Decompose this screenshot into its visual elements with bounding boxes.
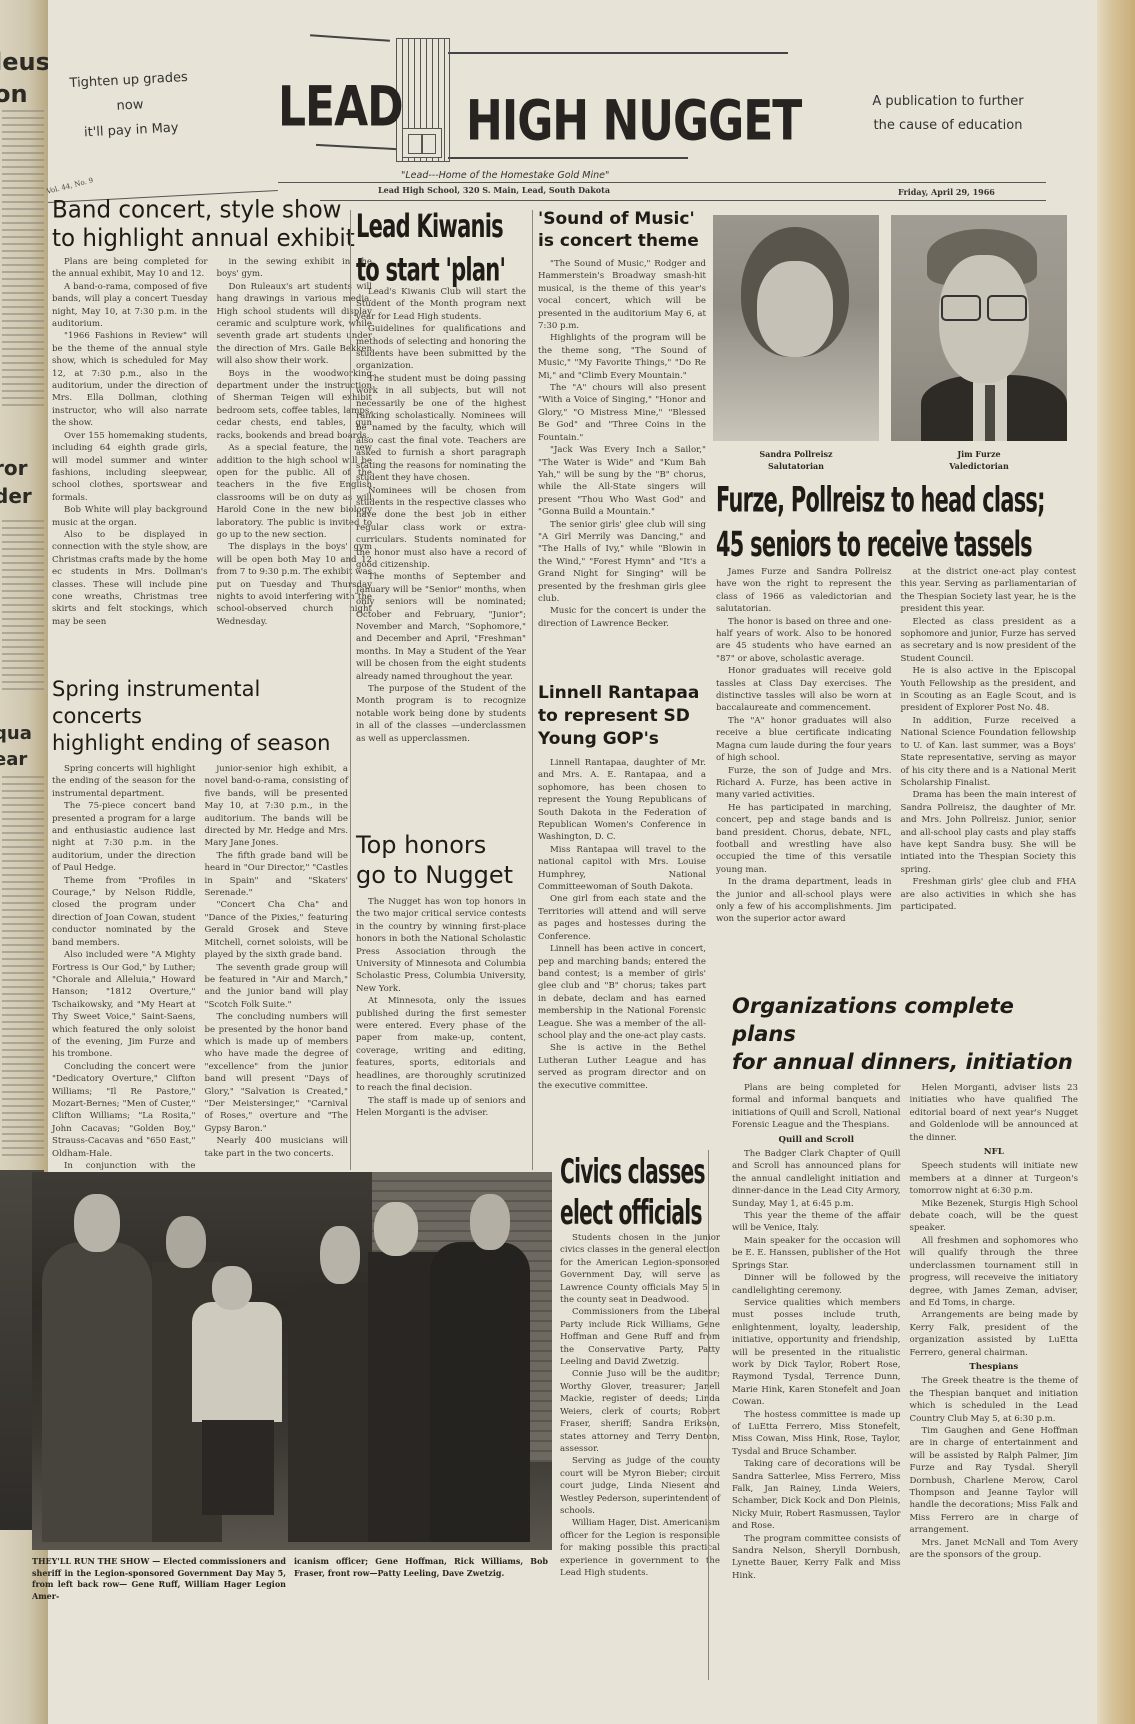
person-face xyxy=(212,1266,252,1310)
paragraph: Elected as class president as a sophomor… xyxy=(901,616,1077,666)
article-body: The Nugget has won top honors in the two… xyxy=(356,896,526,1119)
paragraph: As a special feature, the new addition t… xyxy=(217,442,373,541)
paragraph: James Furze and Sandra Pollreisz have wo… xyxy=(716,566,892,616)
paragraph: Tim Gaughen and Gene Hoffman are in char… xyxy=(910,1425,1079,1537)
article-spring-concerts: Spring instrumental concerts highlight e… xyxy=(52,676,348,1185)
paragraph: Also to be displayed in connection with … xyxy=(52,529,208,628)
paragraph: Main speaker for the occasion will be E.… xyxy=(732,1235,901,1272)
headline-line: highlight ending of season xyxy=(52,730,348,757)
paragraph: The staff is made up of seniors and Hele… xyxy=(356,1095,526,1120)
paragraph: William Hager, Dist. Americanism officer… xyxy=(560,1517,720,1579)
headline-line: Furze, Pollreisz to head class; xyxy=(716,478,1090,522)
paragraph: At Minnesota, only the issues published … xyxy=(356,995,526,1094)
fragment-headline: on xyxy=(0,82,28,106)
paragraph: The honor is based on three and one-half… xyxy=(716,616,892,666)
headline-line: go to Nugget xyxy=(356,860,526,890)
article-column: Plans are being completed for formal and… xyxy=(732,1082,901,1582)
newspaper-page: Tighten up grades now it'll pay in May L… xyxy=(48,0,1097,1724)
article-column: Helen Morganti, adviser lists 23 initiat… xyxy=(910,1082,1079,1582)
group-photo-caption: icanism officer; Gene Hoffman, Rick Will… xyxy=(294,1556,548,1579)
paragraph: Freshman girls' glee club and FHA are al… xyxy=(901,876,1077,913)
paragraph: This year the theme of the affair will b… xyxy=(732,1210,901,1235)
portrait-name: Jim Furze xyxy=(891,448,1067,460)
paragraph: Plans are being completed for formal and… xyxy=(732,1082,901,1132)
headline-line: to represent SD xyxy=(538,705,706,728)
paragraph: Also included were "A Mighty Fortress is… xyxy=(52,949,196,1061)
paragraph: Helen Morganti, adviser lists 23 initiat… xyxy=(910,1082,1079,1144)
paragraph: "The Sound of Music," Rodger and Hammers… xyxy=(538,258,706,332)
paragraph: The Nugget has won top honors in the two… xyxy=(356,896,526,995)
building-door-icon xyxy=(402,128,442,158)
paragraph: Linnell Rantapaa, daughter of Mr. and Mr… xyxy=(538,757,706,844)
paragraph: He has participated in marching, concert… xyxy=(716,802,892,876)
paragraph: One girl from each state and the Territo… xyxy=(538,893,706,943)
headline-line: for annual dinners, initiation xyxy=(732,1048,1078,1076)
group-photo-caption: THEY'LL RUN THE SHOW — Elected commissio… xyxy=(32,1556,286,1602)
paragraph: Students chosen in the junior civics cla… xyxy=(560,1232,720,1306)
portrait-photo-jim-furze xyxy=(891,215,1067,441)
article-column: at the district one-act play contest thi… xyxy=(901,566,1077,926)
paragraph: "Jack Was Every Inch a Sailor," "The Wat… xyxy=(538,444,706,518)
glasses-icon xyxy=(941,295,981,321)
headline-line: Top honors xyxy=(356,830,526,860)
group-photo-government-day xyxy=(32,1172,552,1550)
paragraph: The 75-piece concert band presented a pr… xyxy=(52,800,196,874)
person-figure xyxy=(42,1242,152,1542)
paragraph: Connie Juso will be the auditor; Worthy … xyxy=(560,1368,720,1455)
article-column: in the sewing exhibit in the boys' gym. … xyxy=(217,256,373,628)
paragraph: Concluding the concert were "Dedicatory … xyxy=(52,1061,196,1160)
column-rule xyxy=(350,210,351,1170)
person-face xyxy=(470,1194,510,1250)
article-furze-pollreisz: Furze, Pollreisz to head class; 45 senio… xyxy=(716,478,1076,926)
ear-right-line: A publication to further xyxy=(848,90,1048,114)
glasses-icon xyxy=(987,295,1027,321)
person-face xyxy=(374,1202,418,1256)
masthead-title-high-nugget: HIGH NUGGET xyxy=(466,90,801,154)
paragraph: Serving as judge of the county court wil… xyxy=(560,1455,720,1517)
fragment-headline: ear xyxy=(0,748,27,772)
paragraph: Theme from "Profiles in Courage," by Nel… xyxy=(52,875,196,949)
headline: Linnell Rantapaa to represent SD Young G… xyxy=(538,682,706,751)
article-sound-of-music: 'Sound of Music' is concert theme "The S… xyxy=(538,208,706,630)
paragraph: The months of September and January will… xyxy=(356,571,526,683)
paragraph: Plans are being completed for the annual… xyxy=(52,256,208,281)
paragraph: junior-senior high exhibit, a novel band… xyxy=(205,763,349,850)
headline-line: Lead Kiwanis xyxy=(356,206,528,249)
paragraph: Arrangements are being made by Kerry Fal… xyxy=(910,1309,1079,1359)
paragraph: All freshmen and sophomores who will qua… xyxy=(910,1235,1079,1309)
paragraph: In addition, Furze received a National S… xyxy=(901,715,1077,789)
headline: Civics classes elect officials xyxy=(560,1152,726,1234)
paragraph: Speech students will initiate new member… xyxy=(910,1160,1079,1197)
masthead-line xyxy=(310,34,390,42)
headline-line: elect officials xyxy=(560,1193,726,1234)
article-body: Linnell Rantapaa, daughter of Mr. and Mr… xyxy=(538,757,706,1092)
masthead-rule-top xyxy=(278,182,1046,183)
paragraph: The concluding numbers will be presented… xyxy=(205,1011,349,1135)
headline-line: Organizations complete plans xyxy=(732,992,1078,1048)
paragraph: The hostess committee is made up of LuEt… xyxy=(732,1409,901,1459)
section-subhead: NFL xyxy=(910,1146,1079,1158)
person-blouse xyxy=(192,1302,282,1422)
portrait-face xyxy=(757,261,833,357)
headline-line: Spring instrumental concerts xyxy=(52,676,348,730)
paragraph: The senior girls' glee club will sing "A… xyxy=(538,519,706,606)
headline: Spring instrumental concerts highlight e… xyxy=(52,676,348,757)
article-body: Students chosen in the junior civics cla… xyxy=(560,1232,720,1579)
headline-line: Band concert, style show xyxy=(52,197,372,225)
paragraph: Guidelines for qualifications and method… xyxy=(356,323,526,373)
section-subhead: Thespians xyxy=(910,1361,1079,1373)
fragment-headline: qua xyxy=(0,722,32,746)
masthead-motto: "Lead---Home of the Homestake Gold Mine" xyxy=(401,170,609,181)
paragraph: The program committee consists of Sandra… xyxy=(732,1533,901,1583)
headline: 'Sound of Music' is concert theme xyxy=(538,208,706,252)
fragment-headline: leus xyxy=(0,50,48,74)
fragment-headline: ror xyxy=(0,456,27,480)
headline: Lead Kiwanis to start 'plan' xyxy=(356,206,528,292)
headline-line: 45 seniors to receive tassels xyxy=(716,522,1090,566)
paragraph: The Greek theatre is the theme of the Th… xyxy=(910,1375,1079,1425)
fragment-headline: der xyxy=(0,484,32,508)
headline-line: 'Sound of Music' xyxy=(538,208,706,230)
person-figure xyxy=(368,1252,438,1542)
column-rule xyxy=(708,1150,709,1680)
paragraph: Commissioners from the Liberal Party inc… xyxy=(560,1306,720,1368)
masthead-ear-right: A publication to further the cause of ed… xyxy=(848,90,1048,138)
paragraph: In the drama department, leads in the ju… xyxy=(716,876,892,926)
paragraph: The "A" chours will also present "With a… xyxy=(538,382,706,444)
person-face xyxy=(320,1226,360,1284)
issue-date: Friday, April 29, 1966 xyxy=(898,187,995,197)
paragraph: The purpose of the Student of the Month … xyxy=(356,683,526,745)
paragraph: Nearly 400 musicians will take part in t… xyxy=(205,1135,349,1160)
portrait-title: Salutatorian xyxy=(713,460,879,472)
article-top-honors: Top honors go to Nugget The Nugget has w… xyxy=(356,830,526,1119)
paragraph: Drama has been the main interest of Sand… xyxy=(901,789,1077,876)
paragraph: at the district one-act play contest thi… xyxy=(901,566,1077,616)
headline-line: Civics classes xyxy=(560,1152,726,1193)
paragraph: Miss Rantapaa will travel to the nationa… xyxy=(538,844,706,894)
paragraph: Don Ruleaux's art students will hang dra… xyxy=(217,281,373,368)
paragraph: Music for the concert is under the direc… xyxy=(538,605,706,630)
person-figure xyxy=(430,1242,530,1542)
person-face xyxy=(166,1216,206,1268)
headline: Furze, Pollreisz to head class; 45 senio… xyxy=(716,478,1090,567)
portrait-tie xyxy=(985,385,995,441)
masthead-rule-bottom xyxy=(320,200,1046,201)
paragraph: Dinner will be followed by the candlelig… xyxy=(732,1272,901,1297)
article-column: junior-senior high exhibit, a novel band… xyxy=(205,763,349,1185)
masthead-line xyxy=(448,52,788,54)
paragraph: The student must be doing passing work i… xyxy=(356,373,526,485)
portrait-photo-sandra-pollreisz xyxy=(713,215,879,441)
paragraph: The "A" honor graduates will also receiv… xyxy=(716,715,892,765)
paragraph: Boys in the woodworking department under… xyxy=(217,368,373,442)
person-face xyxy=(74,1194,120,1252)
column-rule xyxy=(532,210,533,1170)
paragraph: "1966 Fashions in Review" will be the th… xyxy=(52,330,208,429)
paragraph: Service qualities which members must pos… xyxy=(732,1297,901,1409)
article-kiwanis: Lead Kiwanis to start 'plan' Lead's Kiwa… xyxy=(356,206,526,745)
paragraph: Mike Bezenek, Sturgis High School debate… xyxy=(910,1198,1079,1235)
article-body: Lead's Kiwanis Club will start the Stude… xyxy=(356,286,526,745)
paragraph: Highlights of the program will be the th… xyxy=(538,332,706,382)
article-rantapaa: Linnell Rantapaa to represent SD Young G… xyxy=(538,682,706,1092)
paragraph: Mrs. Janet McNall and Tom Avery are the … xyxy=(910,1537,1079,1562)
paragraph: Furze, the son of Judge and Mrs. Richard… xyxy=(716,765,892,802)
headline-line: to highlight annual exhibit xyxy=(52,225,372,253)
headline: Organizations complete plans for annual … xyxy=(732,992,1078,1076)
headline: Band concert, style show to highlight an… xyxy=(52,197,372,254)
fragment-text-lines xyxy=(2,520,44,690)
masthead-ear-left: Tighten up grades now it'll pay in May xyxy=(58,64,202,146)
article-band-concert: Band concert, style show to highlight an… xyxy=(52,198,372,628)
article-body: "The Sound of Music," Rodger and Hammers… xyxy=(538,258,706,630)
volume-number: Vol. 44, No. 9 xyxy=(46,176,94,195)
headline-line: is concert theme xyxy=(538,230,706,252)
article-column: Spring concerts will highlight the endin… xyxy=(52,763,196,1185)
paragraph: He is also active in the Episcopal Youth… xyxy=(901,665,1077,715)
paragraph: "Concert Cha Cha" and "Dance of the Pixi… xyxy=(205,899,349,961)
paragraph: Bob White will play background music at … xyxy=(52,504,208,529)
headline-line: to start 'plan' xyxy=(356,249,528,292)
article-organizations: Organizations complete plans for annual … xyxy=(732,992,1078,1582)
fragment-text-lines xyxy=(2,110,44,410)
fragment-text-lines xyxy=(2,776,44,1156)
paragraph: in the sewing exhibit in the boys' gym. xyxy=(217,256,373,281)
masthead-line xyxy=(316,144,396,150)
person-skirt xyxy=(202,1420,274,1515)
portrait-caption: Sandra Pollreisz Salutatorian xyxy=(713,448,879,472)
paragraph: A band-o-rama, composed of five bands, w… xyxy=(52,281,208,331)
paragraph: Taking care of decorations will be Sandr… xyxy=(732,1458,901,1532)
school-address: Lead High School, 320 S. Main, Lead, Sou… xyxy=(378,185,610,195)
headline-line: Linnell Rantapaa xyxy=(538,682,706,705)
portrait-caption: Jim Furze Valedictorian xyxy=(891,448,1067,472)
article-column: Plans are being completed for the annual… xyxy=(52,256,208,628)
article-column: James Furze and Sandra Pollreisz have wo… xyxy=(716,566,892,926)
paragraph: Spring concerts will highlight the endin… xyxy=(52,763,196,800)
masthead-line xyxy=(448,157,688,159)
ear-right-line: the cause of education xyxy=(848,114,1048,138)
paragraph: Honor graduates will receive gold tassle… xyxy=(716,665,892,715)
headline: Top honors go to Nugget xyxy=(356,830,526,890)
paragraph: The fifth grade band will be heard in "O… xyxy=(205,850,349,900)
paragraph: She is active in the Bethel Lutheran Lut… xyxy=(538,1042,706,1092)
paragraph: Nominees will be chosen from students in… xyxy=(356,485,526,572)
page-edge-right xyxy=(1097,0,1135,1724)
masthead-title-lead: LEAD xyxy=(278,76,403,140)
section-subhead: Quill and Scroll xyxy=(732,1134,901,1146)
headline-line: Young GOP's xyxy=(538,728,706,751)
article-civics: Civics classes elect officials Students … xyxy=(560,1152,720,1579)
paragraph: The Badger Clark Chapter of Quill and Sc… xyxy=(732,1148,901,1210)
paragraph: The seventh grade group will be featured… xyxy=(205,962,349,1012)
paragraph: Over 155 homemaking students, including … xyxy=(52,430,208,504)
paragraph: The displays in the boys' gym will be op… xyxy=(217,541,373,628)
portrait-title: Valedictorian xyxy=(891,460,1067,472)
paragraph: Linnell has been active in concert, pep … xyxy=(538,943,706,1042)
portrait-name: Sandra Pollreisz xyxy=(713,448,879,460)
